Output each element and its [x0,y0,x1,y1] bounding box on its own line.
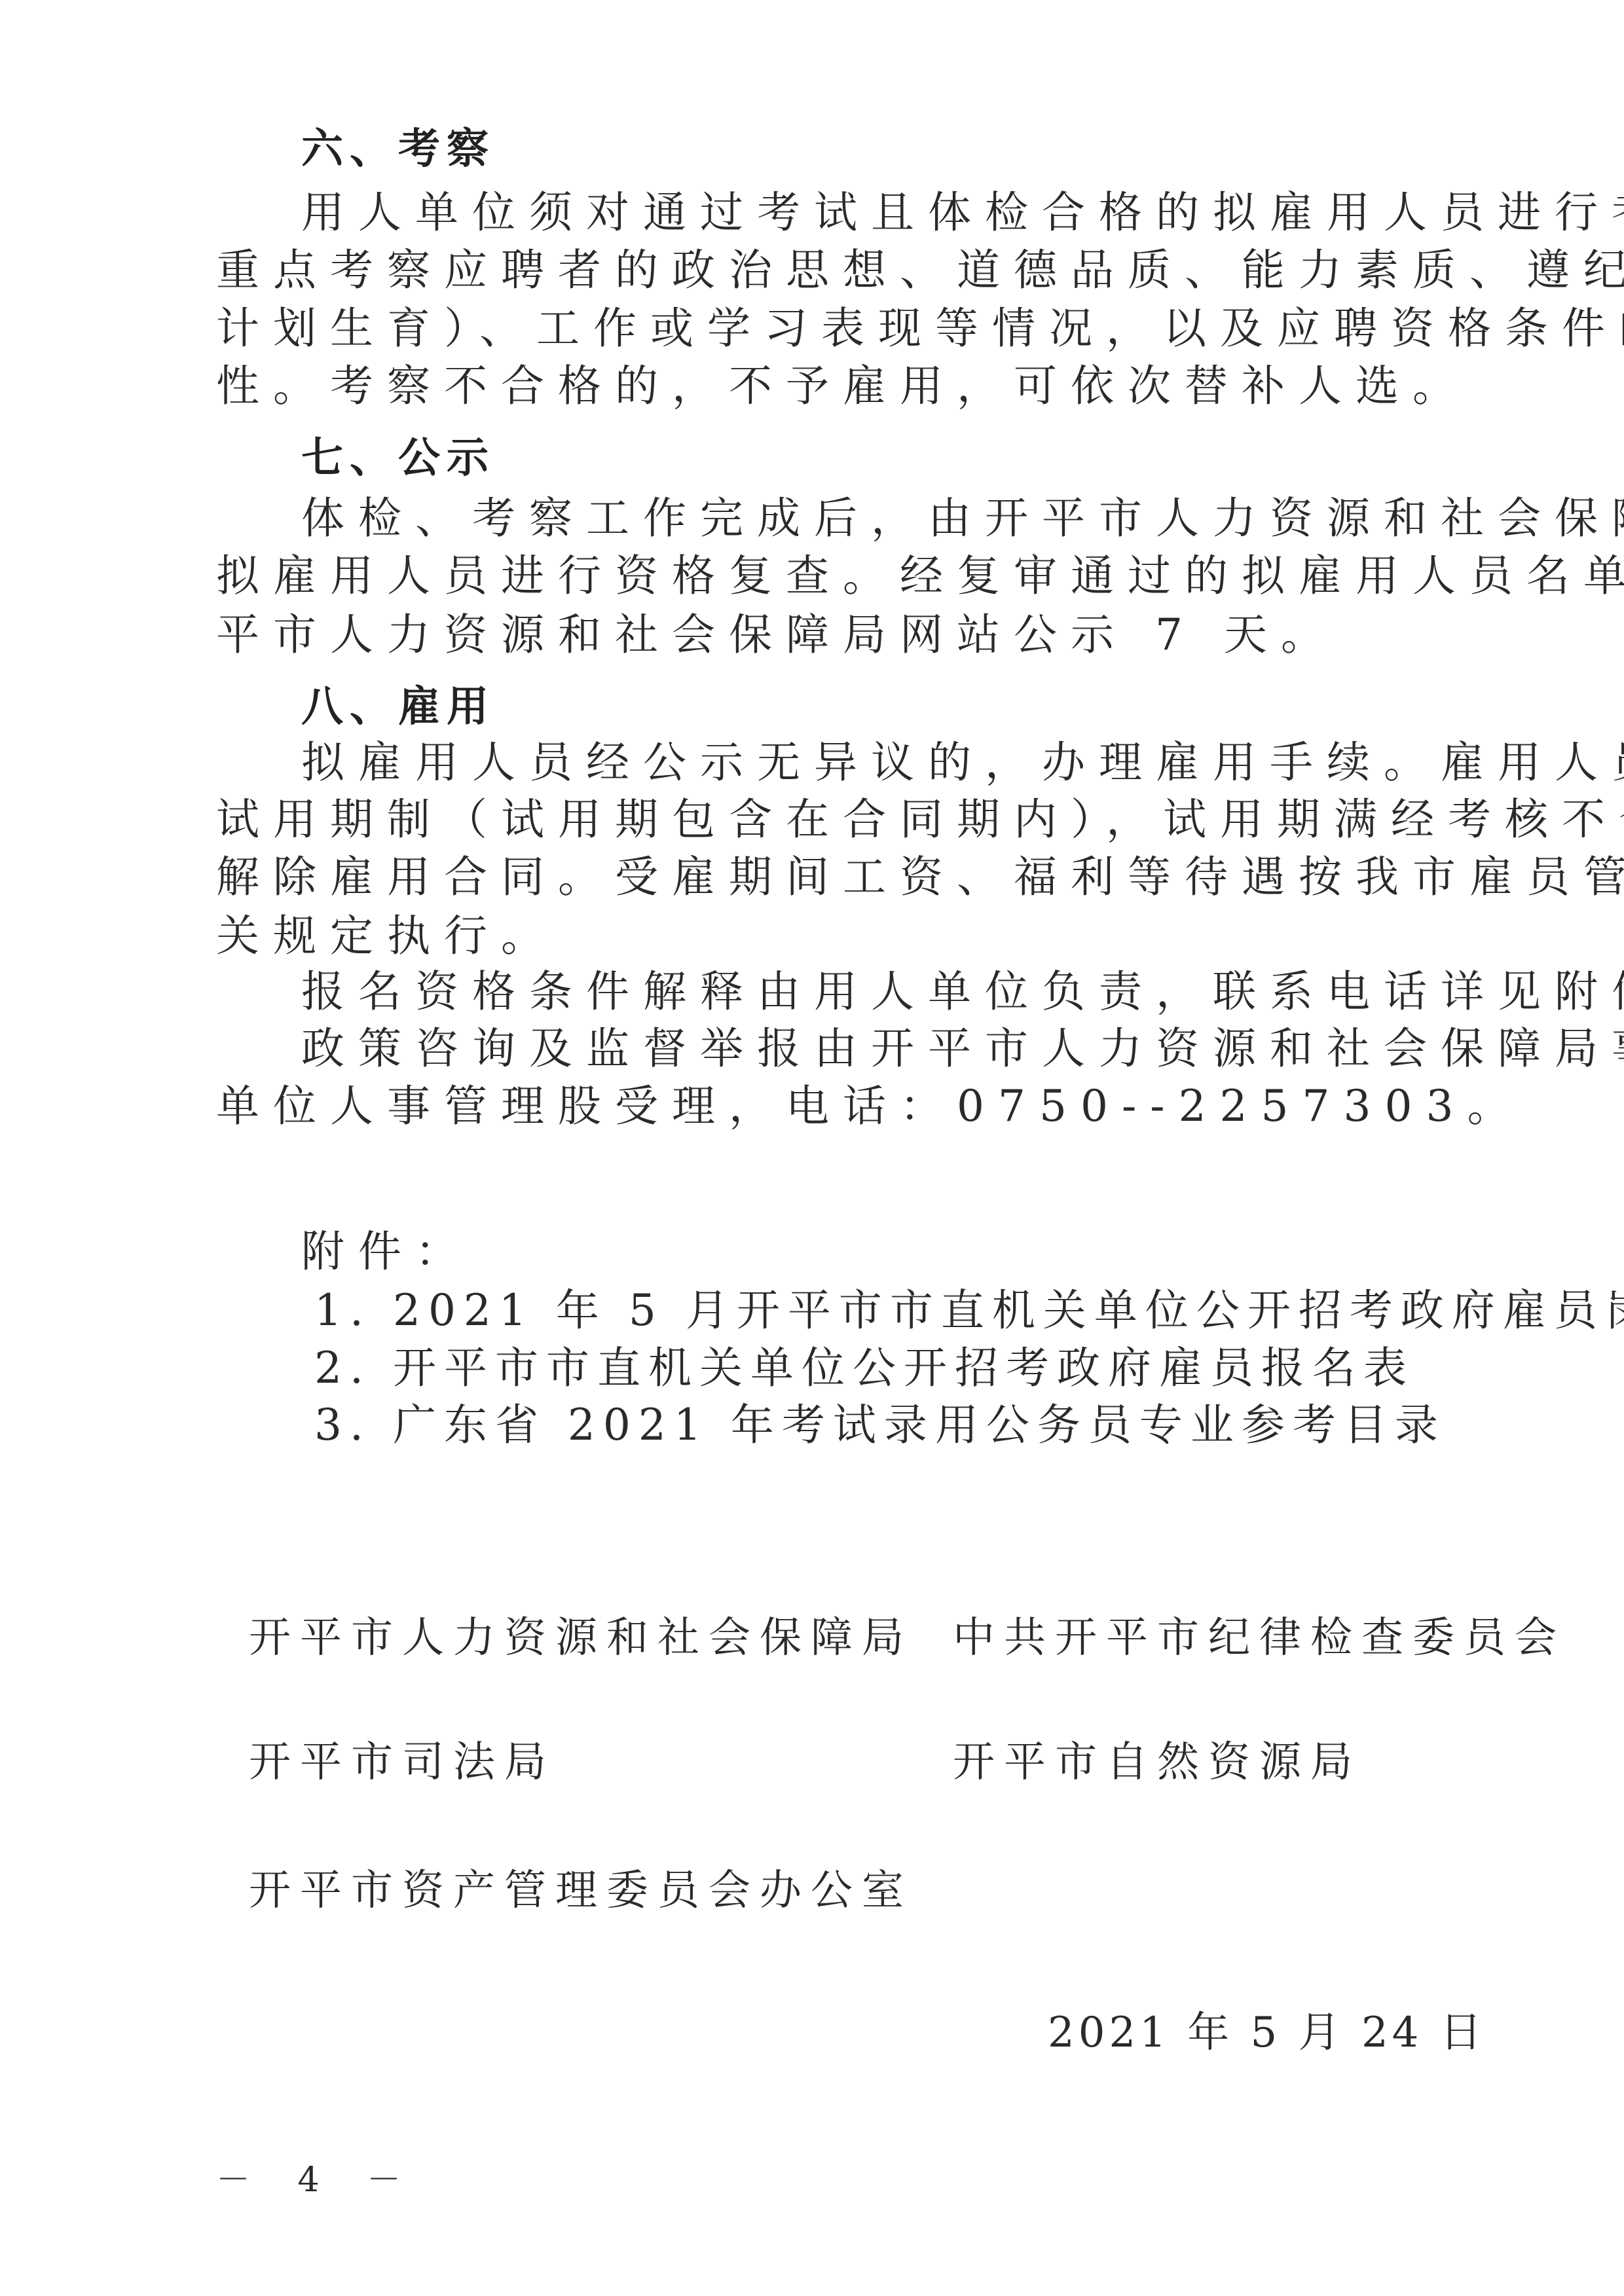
body-line: 重点考察应聘者的政治思想、道德品质、能力素质、遵纪守法（含 [216,244,1624,297]
page-number: － 4 － [216,2160,419,2200]
section-heading-employment: 八、雇用 [301,681,495,733]
body-line: 拟雇用人员经公示无异议的，办理雇用手续。雇用人员实行 [301,737,1624,789]
body-line: 试用期制（试用期包含在合同期内），试用期满经考核不合格的， [216,793,1624,846]
signatory-natural-resources-bureau: 开平市自然资源局 [953,1736,1361,1789]
signatory-justice-bureau: 开平市司法局 [249,1736,555,1789]
signatory-hrss-bureau: 开平市人力资源和社会保障局 [249,1612,913,1664]
body-line: 解除雇用合同。受雇期间工资、福利等待遇按我市雇员管理的有 [216,851,1624,903]
qualification-note: 报名资格条件解释由用人单位负责，联系电话详见附件 1。 [301,966,1624,1018]
section-heading-inspection: 六、考察 [301,123,495,175]
body-line: 计划生育）、工作或学习表现等情况，以及应聘资格条件的真实 [216,302,1624,355]
body-line: 拟雇用人员进行资格复查。经复审通过的拟雇用人员名单，在开 [216,550,1624,602]
signatory-assets-committee-office: 开平市资产管理委员会办公室 [249,1865,913,1917]
attachment-item: 2. 开平市市直机关单位公开招考政府雇员报名表 [314,1342,1414,1394]
body-line: 体检、考察工作完成后，由开平市人力资源和社会保障局对 [301,492,1624,545]
policy-note-line: 单位人事管理股受理，电话：0750--2257303。 [216,1080,1524,1133]
document-date: 2021 年 5 月 24 日 [1048,2007,1486,2059]
attachment-item: 1. 2021 年 5 月开平市市直机关单位公开招考政府雇员岗位表 [314,1285,1624,1337]
signatory-discipline-commission: 中共开平市纪律检查委员会 [953,1612,1566,1664]
policy-note-line: 政策咨询及监督举报由开平市人力资源和社会保障局事业 [301,1023,1624,1075]
attachments-label: 附件： [301,1226,472,1278]
body-line: 平市人力资源和社会保障局网站公示 7 天。 [216,609,1338,661]
body-line: 性。考察不合格的，不予雇用，可依次替补人选。 [216,360,1469,412]
body-line: 用人单位须对通过考试且体检合格的拟雇用人员进行考察， [301,187,1624,239]
body-line: 关规定执行。 [216,910,558,962]
section-heading-publicity: 七、公示 [301,432,495,484]
attachment-item: 3. 广东省 2021 年考试录用公务员专业参考目录 [314,1399,1446,1451]
